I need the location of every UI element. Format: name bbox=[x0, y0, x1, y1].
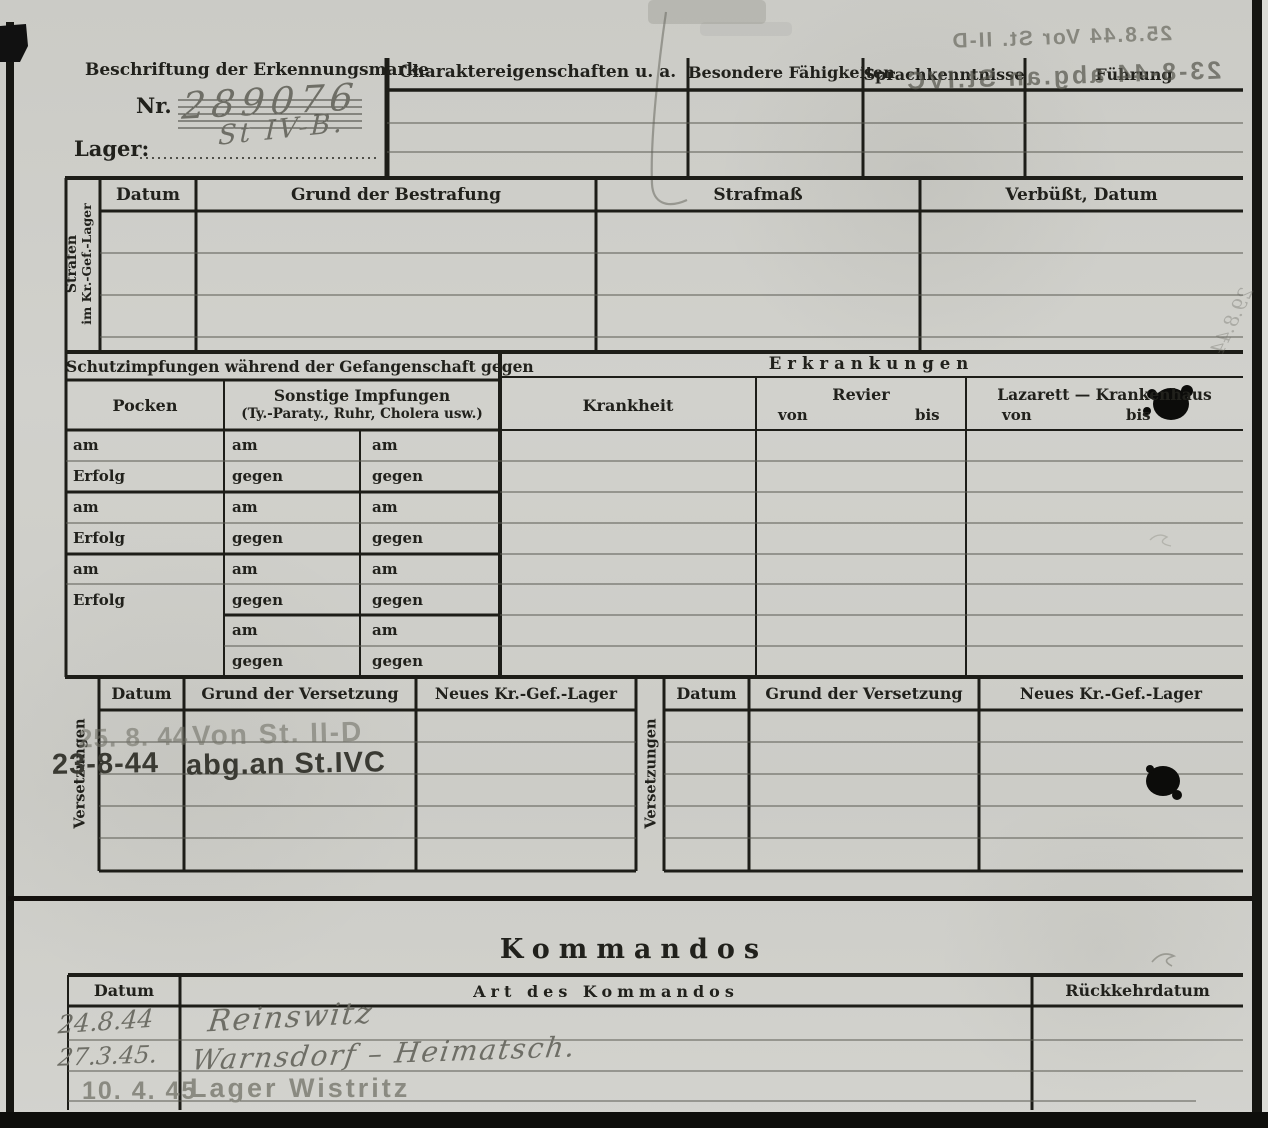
sonstige-a-gegen-label: gegen bbox=[232, 652, 283, 670]
pocken-erfolg-label: Erfolg bbox=[73, 591, 125, 609]
traits-col-besondere-faehigkeiten: Besondere Fähigkeiten bbox=[688, 63, 863, 82]
kommandos-col-rueckkehr: Rückkehrdatum bbox=[1032, 981, 1243, 1000]
versetzungen-right-col-datum: Datum bbox=[664, 684, 749, 703]
traits-col-charaktereigenschaften: Charaktereigenschaften u. a. bbox=[387, 62, 688, 82]
strafen-col-strafmass: Strafmaß bbox=[596, 185, 920, 205]
versetzungen-left-col-datum: Datum bbox=[99, 684, 184, 703]
erkrankungen-title: Erkrankungen bbox=[500, 354, 1243, 373]
versetzungen-right-col-neues: Neues Kr.-Gef.-Lager bbox=[979, 684, 1243, 703]
sonstige-a-am-label: am bbox=[232, 436, 258, 454]
revier-bis-label: bis bbox=[915, 406, 940, 424]
revier-von-label: von bbox=[778, 406, 808, 424]
sonstige-a-am-label: am bbox=[232, 560, 258, 578]
sonstige-b-am-label: am bbox=[372, 560, 398, 578]
strafen-side-label: Strafen im Kr.-Gef.-Lager bbox=[65, 168, 101, 360]
kommando-row-3-art-stamp: Lager Wistritz bbox=[190, 1073, 410, 1104]
erkrankungen-col-krankheit: Krankheit bbox=[500, 396, 756, 415]
sonstige-a-gegen-label: gegen bbox=[232, 591, 283, 609]
lazarett-von-label: von bbox=[1002, 406, 1032, 424]
sonstige-b-am-label: am bbox=[372, 621, 398, 639]
impfungen-title: Schutzimpfungen während der Gefangenscha… bbox=[66, 357, 500, 376]
versetzungen-right-side-label: Versetzungen bbox=[643, 699, 660, 849]
impfungen-col-sonstige-sub: (Ty.-Paraty., Ruhr, Cholera usw.) bbox=[224, 406, 500, 422]
transfer-stamp-bold-text: abg.an St.IVC bbox=[186, 746, 386, 782]
sonstige-a-am-label: am bbox=[232, 498, 258, 516]
sonstige-b-gegen-label: gegen bbox=[372, 529, 423, 547]
sonstige-b-am-label: am bbox=[372, 436, 398, 454]
lazarett-bis-label: bis bbox=[1126, 406, 1151, 424]
kommando-row-3-datum-stamp: 10. 4. 45 bbox=[82, 1077, 197, 1106]
strafen-col-datum: Datum bbox=[100, 185, 196, 205]
strafen-side-label-line1: Strafen bbox=[65, 168, 80, 360]
pocken-am-label: am bbox=[73, 498, 99, 516]
sonstige-a-gegen-label: gegen bbox=[232, 529, 283, 547]
sonstige-b-gegen-label: gegen bbox=[372, 467, 423, 485]
pocken-am-label: am bbox=[73, 560, 99, 578]
sonstige-b-am-label: am bbox=[372, 498, 398, 516]
versetzungen-left-col-grund: Grund der Versetzung bbox=[184, 684, 416, 703]
pocken-erfolg-label: Erfolg bbox=[73, 467, 125, 485]
kommandos-title: Kommandos bbox=[0, 934, 1268, 965]
pow-record-card: Beschriftung der Erkennungsmarke Nr. 289… bbox=[0, 0, 1268, 1128]
impfungen-col-pocken: Pocken bbox=[66, 396, 224, 415]
erkrankungen-col-lazarett: Lazarett — Krankenhaus bbox=[966, 385, 1243, 404]
kommandos-col-datum: Datum bbox=[68, 981, 180, 1000]
sonstige-a-am-label: am bbox=[232, 621, 258, 639]
sonstige-a-gegen-label: gegen bbox=[232, 467, 283, 485]
versetzungen-right-col-grund: Grund der Versetzung bbox=[749, 684, 979, 703]
bleedthrough-stamp: 25.8.44 Vor St. II-D 23-8-44 abg.an St.I… bbox=[865, 19, 1259, 98]
kommando-row-2-datum: 27.3.45. bbox=[57, 1040, 159, 1072]
impfungen-col-sonstige: Sonstige Impfungen bbox=[224, 386, 500, 405]
sonstige-b-gegen-label: gegen bbox=[372, 652, 423, 670]
pocken-am-label: am bbox=[73, 436, 99, 454]
erkrankungen-col-revier: Revier bbox=[756, 385, 966, 404]
strafen-side-label-line2: im Kr.-Gef.-Lager bbox=[80, 168, 94, 360]
strafen-col-verbuesst: Verbüßt, Datum bbox=[920, 185, 1243, 205]
nr-label: Nr. bbox=[136, 93, 172, 118]
lager-label: Lager: bbox=[74, 136, 149, 161]
strafen-col-grund: Grund der Bestrafung bbox=[196, 185, 596, 205]
versetzungen-left-col-neues: Neues Kr.-Gef.-Lager bbox=[416, 684, 636, 703]
pocken-erfolg-label: Erfolg bbox=[73, 529, 125, 547]
transfer-stamp-bold-date: 23-8-44 bbox=[52, 747, 160, 782]
sonstige-b-gegen-label: gegen bbox=[372, 591, 423, 609]
